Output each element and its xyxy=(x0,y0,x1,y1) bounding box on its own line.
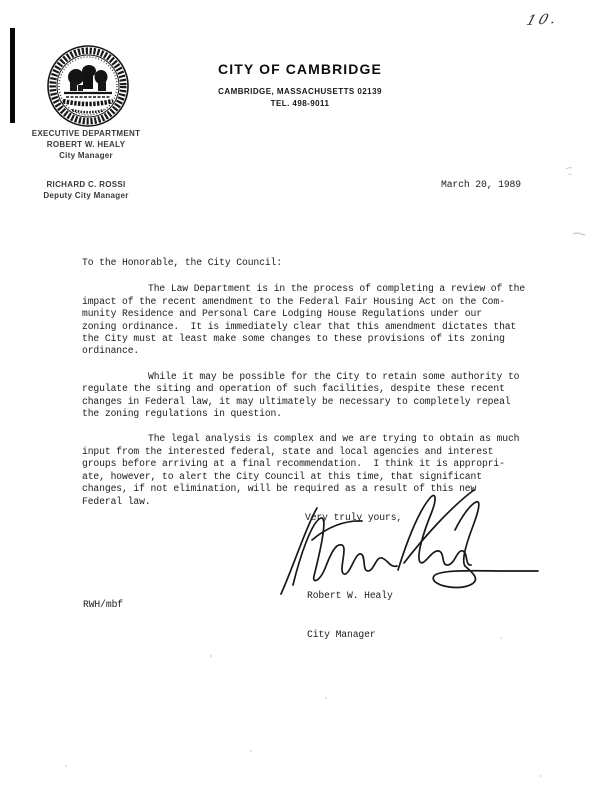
scanned-letter-page: 10. CITY OF CAMBRIDGE CAMBRIDGE, MASSACH… xyxy=(0,0,590,800)
scan-noise xyxy=(210,655,212,657)
faint-scan-marks xyxy=(0,0,590,800)
